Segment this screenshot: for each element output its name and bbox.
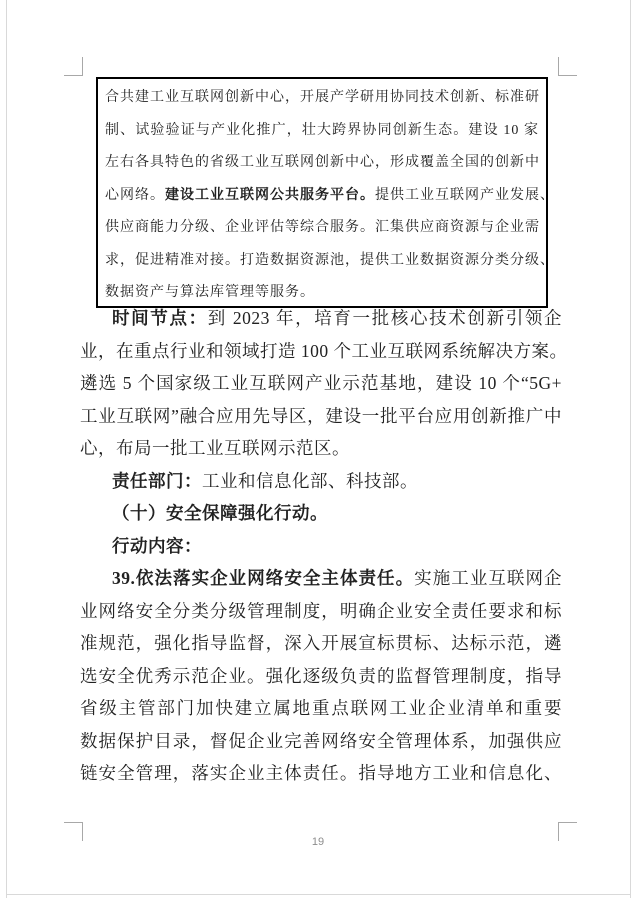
crop-mark-top-left — [64, 57, 83, 76]
page-edge-right — [630, 0, 631, 898]
paragraph-line: 链安全管理，落实企业主体责任。指导地方工业和信息化、 — [80, 757, 562, 790]
body-text: 时间节点：到 2023 年，培育一批核心技术创新引领企 业，在重点行业和领域打造… — [80, 302, 562, 790]
boxed-paragraph: 合共建工业互联网创新中心，开展产学研用协同技术创新、标准研 制、试验验证与产业化… — [96, 77, 548, 308]
section-heading-line: （十）安全保障强化行动。 — [80, 497, 562, 530]
box-line: 合共建工业互联网创新中心，开展产学研用协同技术创新、标准研 — [105, 82, 539, 115]
paragraph-line: 遴选 5 个国家级工业互联网产业示范基地，建设 10 个“5G+ — [80, 367, 562, 400]
box-line: 左右各具特色的省级工业互联网创新中心，形成覆盖全国的创新中 — [105, 147, 539, 180]
page-edge-bottom — [6, 894, 631, 895]
paragraph-line: 选安全优秀示范企业。强化逐级负责的监督管理制度，指导 — [80, 660, 562, 693]
box-line: 制、试验验证与产业化推广，壮大跨界协同创新生态。建设 10 家 — [105, 115, 539, 148]
paragraph-line: 准规范，强化指导监督，深入开展宣标贯标、达标示范，遴 — [80, 627, 562, 660]
paragraph-line: 责任部门：工业和信息化部、科技部。 — [80, 465, 562, 498]
document-page: { "colors": { "ink": "#212121", "box_bor… — [0, 0, 636, 898]
box-line: 求，促进精准对接。打造数据资源池，提供工业数据资源分类分级、 — [105, 245, 539, 278]
paragraph-line: 行动内容： — [80, 530, 562, 563]
box-line: 供应商能力分级、企业评估等综合服务。汇集供应商资源与企业需 — [105, 212, 539, 245]
page-number: 19 — [0, 836, 636, 848]
paragraph-line: 业，在重点行业和领域打造 100 个工业互联网系统解决方案。 — [80, 335, 562, 368]
paragraph-line: 时间节点：到 2023 年，培育一批核心技术创新引领企 — [80, 302, 562, 335]
crop-mark-top-right — [558, 57, 577, 76]
paragraph-line: 39.依法落实企业网络安全主体责任。实施工业互联网企 — [80, 562, 562, 595]
paragraph-line: 数据保护目录，督促企业完善网络安全管理体系，加强供应 — [80, 725, 562, 758]
page-edge-left — [6, 0, 7, 898]
box-line: 心网络。建设工业互联网公共服务平台。提供工业互联网产业发展、 — [105, 180, 539, 213]
paragraph-line: 业网络安全分类分级管理制度，明确企业安全责任要求和标 — [80, 595, 562, 628]
paragraph-line: 省级主管部门加快建立属地重点联网工业企业清单和重要 — [80, 692, 562, 725]
paragraph-line: 工业互联网”融合应用先导区，建设一批平台应用创新推广中 — [80, 400, 562, 433]
paragraph-line: 心，布局一批工业互联网示范区。 — [80, 432, 562, 465]
